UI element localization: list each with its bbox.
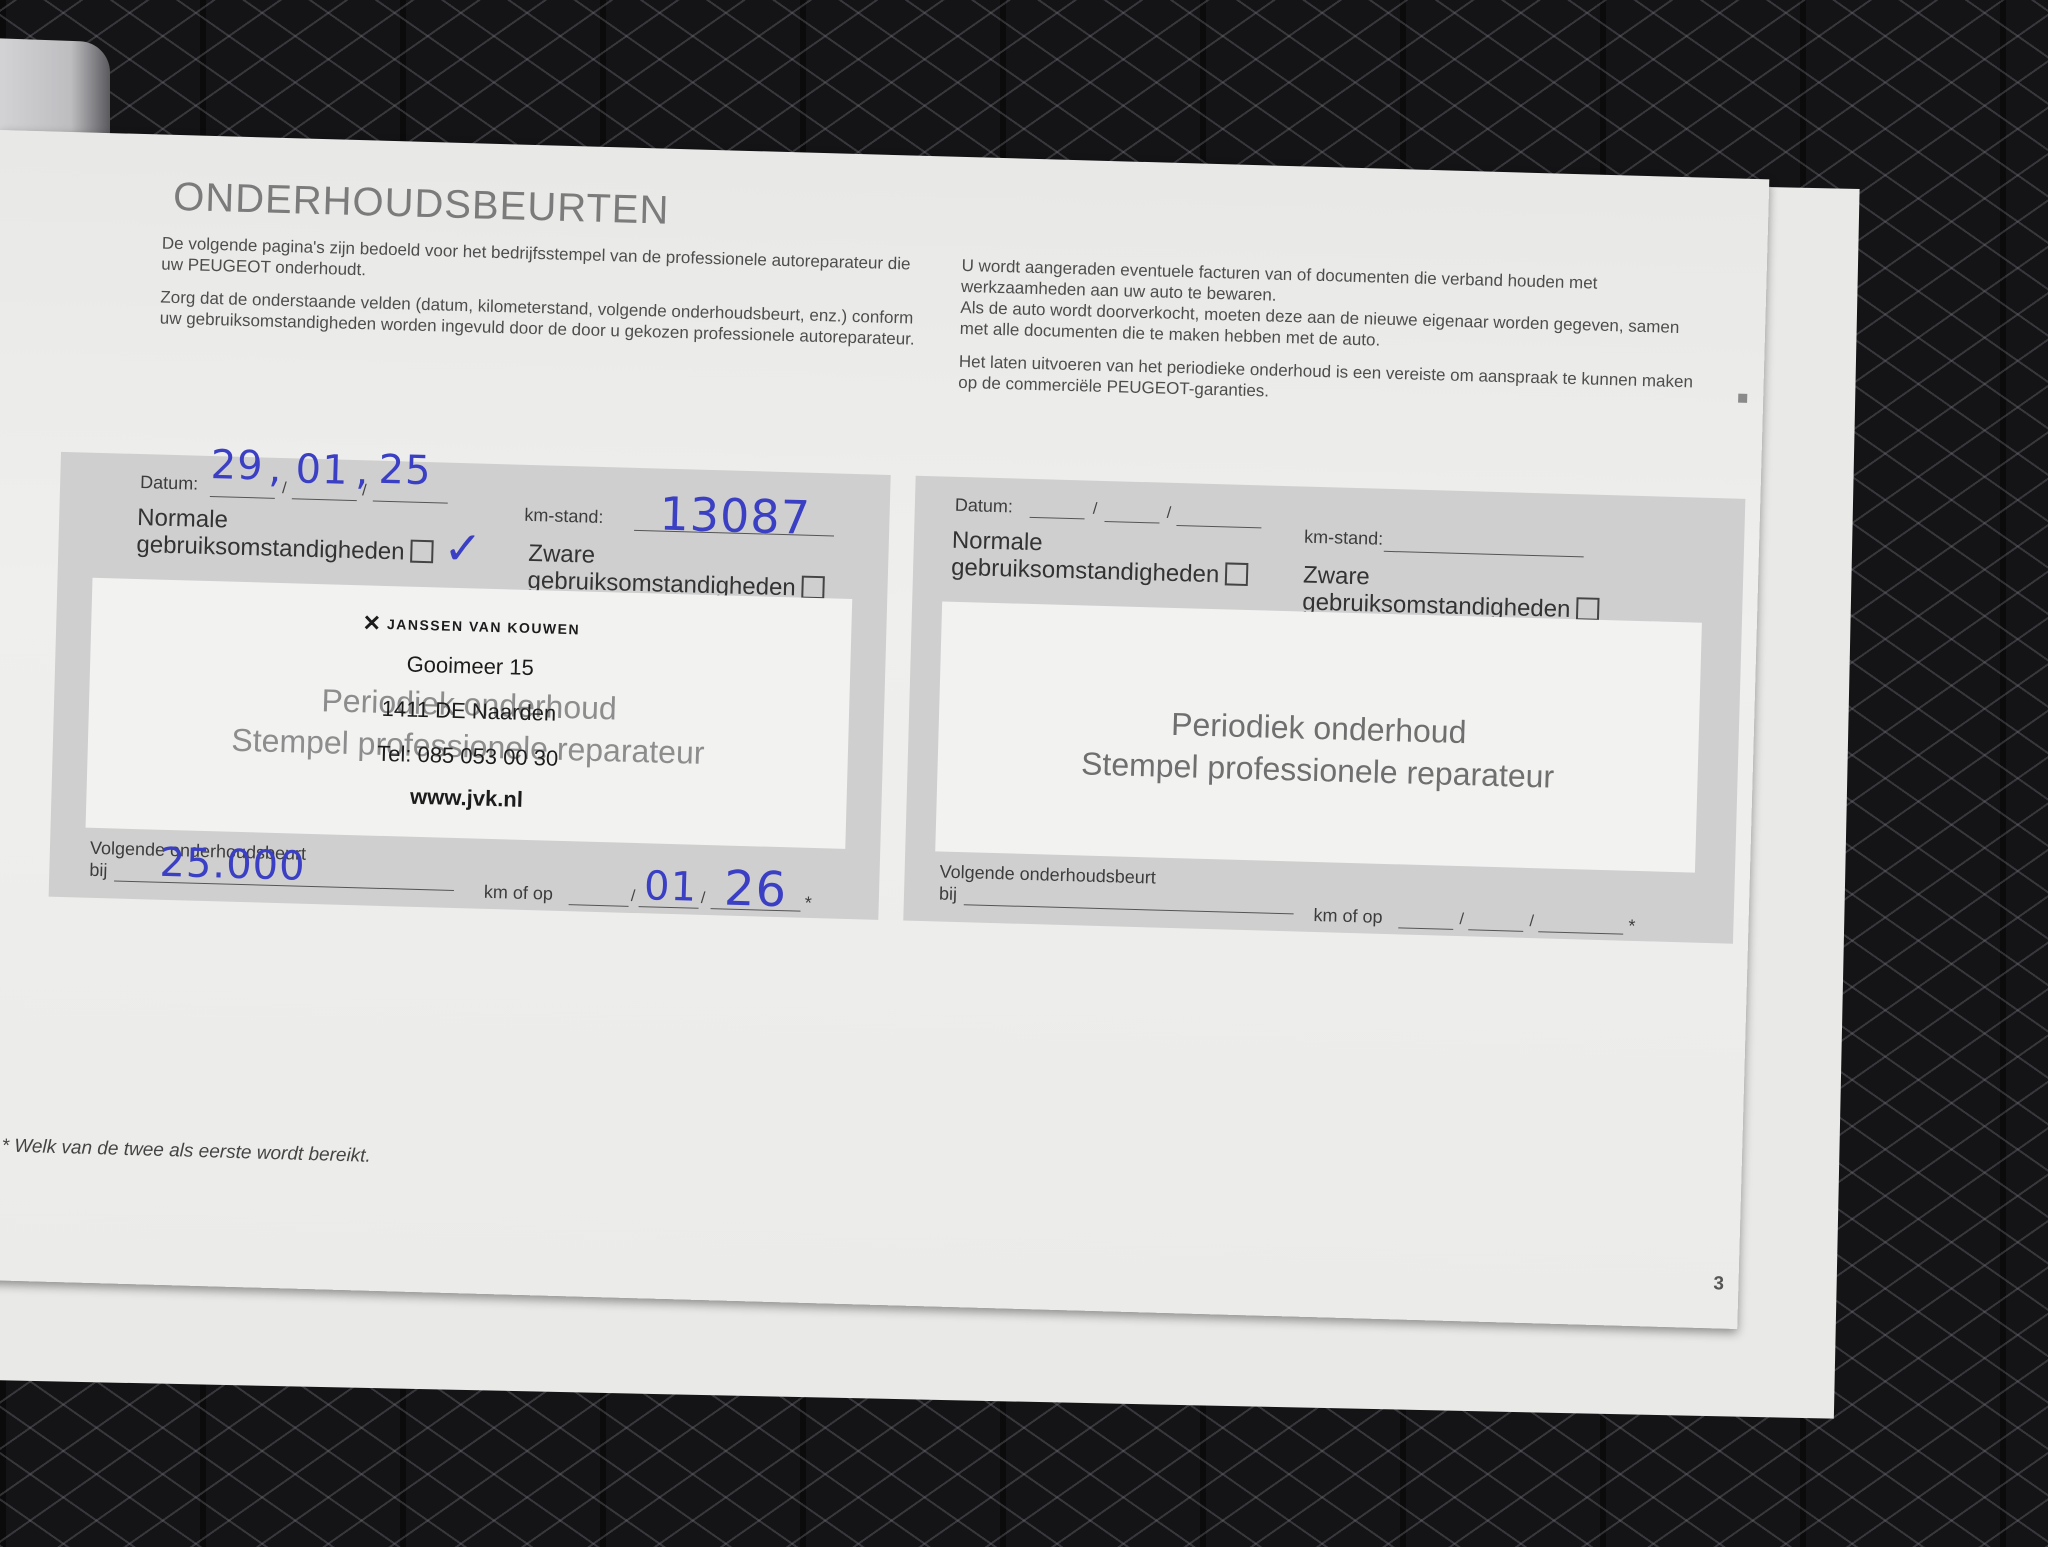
normal-conditions-checkbox[interactable] (1225, 562, 1249, 586)
next-service-month-value[interactable]: 01 (643, 863, 697, 910)
date-year-value[interactable]: 25 (378, 447, 432, 494)
page-marker (1738, 394, 1747, 403)
normal-conditions-option[interactable]: Normale gebruiksomstandigheden (136, 504, 435, 566)
heavy-conditions-checkbox[interactable] (801, 576, 825, 600)
date-month-line (292, 498, 357, 501)
footnote-asterisk: * (804, 893, 812, 914)
next-service-label: Volgende onderhoudsbeurt (939, 862, 1156, 889)
km-stand-label: km-stand: (1304, 527, 1384, 550)
next-service-bij-label: bij (89, 860, 108, 881)
heavy-conditions-checkbox[interactable] (1576, 597, 1600, 621)
date-day-line (210, 496, 275, 499)
date-separator: / (1459, 911, 1464, 929)
date-label: Datum: (140, 472, 199, 495)
dealer-stamp: ✕JANSSEN VAN KOUWEN Gooimeer 15 1411 DE … (91, 603, 851, 650)
next-service-km-value[interactable]: 25.000 (159, 840, 306, 890)
next-service-km-line[interactable] (964, 904, 1294, 914)
service-entry-card-2: Datum: / / km-stand: Normale gebruiksoms… (903, 476, 1745, 944)
footnote: * Welk van de twee als eerste wordt bere… (1, 1135, 371, 1167)
normal-conditions-checkbox[interactable] (410, 540, 434, 564)
date-month-line[interactable] (1104, 521, 1159, 524)
intro-paragraph: De volgende pagina's zijn bedoeld voor h… (161, 233, 922, 296)
date-year-line[interactable] (1176, 525, 1261, 528)
km-stand-label: km-stand: (524, 505, 604, 528)
dealer-logo-icon: ✕ (362, 610, 381, 636)
next-service-row: Volgende onderhoudsbeurt bij 25.000 km o… (61, 452, 891, 475)
date-label: Datum: (955, 495, 1014, 518)
km-stand-value[interactable]: 13087 (659, 487, 812, 545)
intro-paragraph: Het laten uitvoeren van het periodieke o… (958, 351, 1699, 414)
date-month-value[interactable]: 01 (295, 446, 349, 493)
next-service-row: Volgende onderhoudsbeurt bij km of op / … (916, 476, 1746, 499)
maintenance-booklet-page: ONDERHOUDSBEURTEN De volgende pagina's z… (0, 130, 1769, 1329)
date-separator: / (1529, 913, 1534, 931)
intro-text-left: De volgende pagina's zijn bedoeld voor h… (159, 233, 922, 362)
checkmark-icon: ✓ (443, 521, 483, 576)
date-separator: / (701, 890, 706, 908)
km-stand-line[interactable] (1384, 551, 1584, 558)
next-service-bij-label: bij (939, 884, 958, 905)
stamp-area: Periodiek onderhoud Stempel professionel… (86, 578, 853, 849)
dealer-brand: JANSSEN VAN KOUWEN (387, 616, 581, 637)
next-service-year-line[interactable] (1538, 931, 1623, 934)
next-service-day-line[interactable] (1398, 927, 1453, 930)
page-title: ONDERHOUDSBEURTEN (173, 175, 670, 234)
stamp-area: Periodiek onderhoud Stempel professionel… (935, 601, 1702, 872)
date-separator: / (282, 480, 287, 498)
date-day-value[interactable]: 29 (210, 442, 264, 489)
date-year-line (373, 501, 448, 504)
footnote-asterisk: * (1628, 916, 1636, 937)
handwritten-separator: , (268, 446, 283, 492)
intro-paragraph: Zorg dat de onderstaande velden (datum, … (160, 287, 921, 350)
handwritten-separator: , (355, 448, 370, 494)
date-separator: / (631, 888, 636, 906)
date-separator: / (1093, 501, 1098, 519)
date-separator: / (1166, 505, 1171, 523)
page-number: 3 (1713, 1273, 1724, 1295)
next-service-day-line (569, 904, 629, 907)
km-or-date-label: km of op (1313, 905, 1383, 928)
next-service-year-value[interactable]: 26 (723, 861, 788, 919)
dealer-website: www.jvk.nl (86, 775, 846, 822)
km-or-date-label: km of op (484, 882, 554, 905)
date-day-line[interactable] (1030, 517, 1085, 520)
next-service-month-line[interactable] (1468, 929, 1523, 932)
intro-text-right: U wordt aangeraden eventuele facturen va… (958, 255, 1702, 426)
service-entry-card-1: Datum: / / 29 , 01 , 25 km-stand: 13087 … (49, 452, 891, 920)
stamp-placeholder: Periodiek onderhoud Stempel professionel… (937, 696, 1699, 801)
normal-conditions-option[interactable]: Normale gebruiksomstandigheden (951, 527, 1250, 589)
